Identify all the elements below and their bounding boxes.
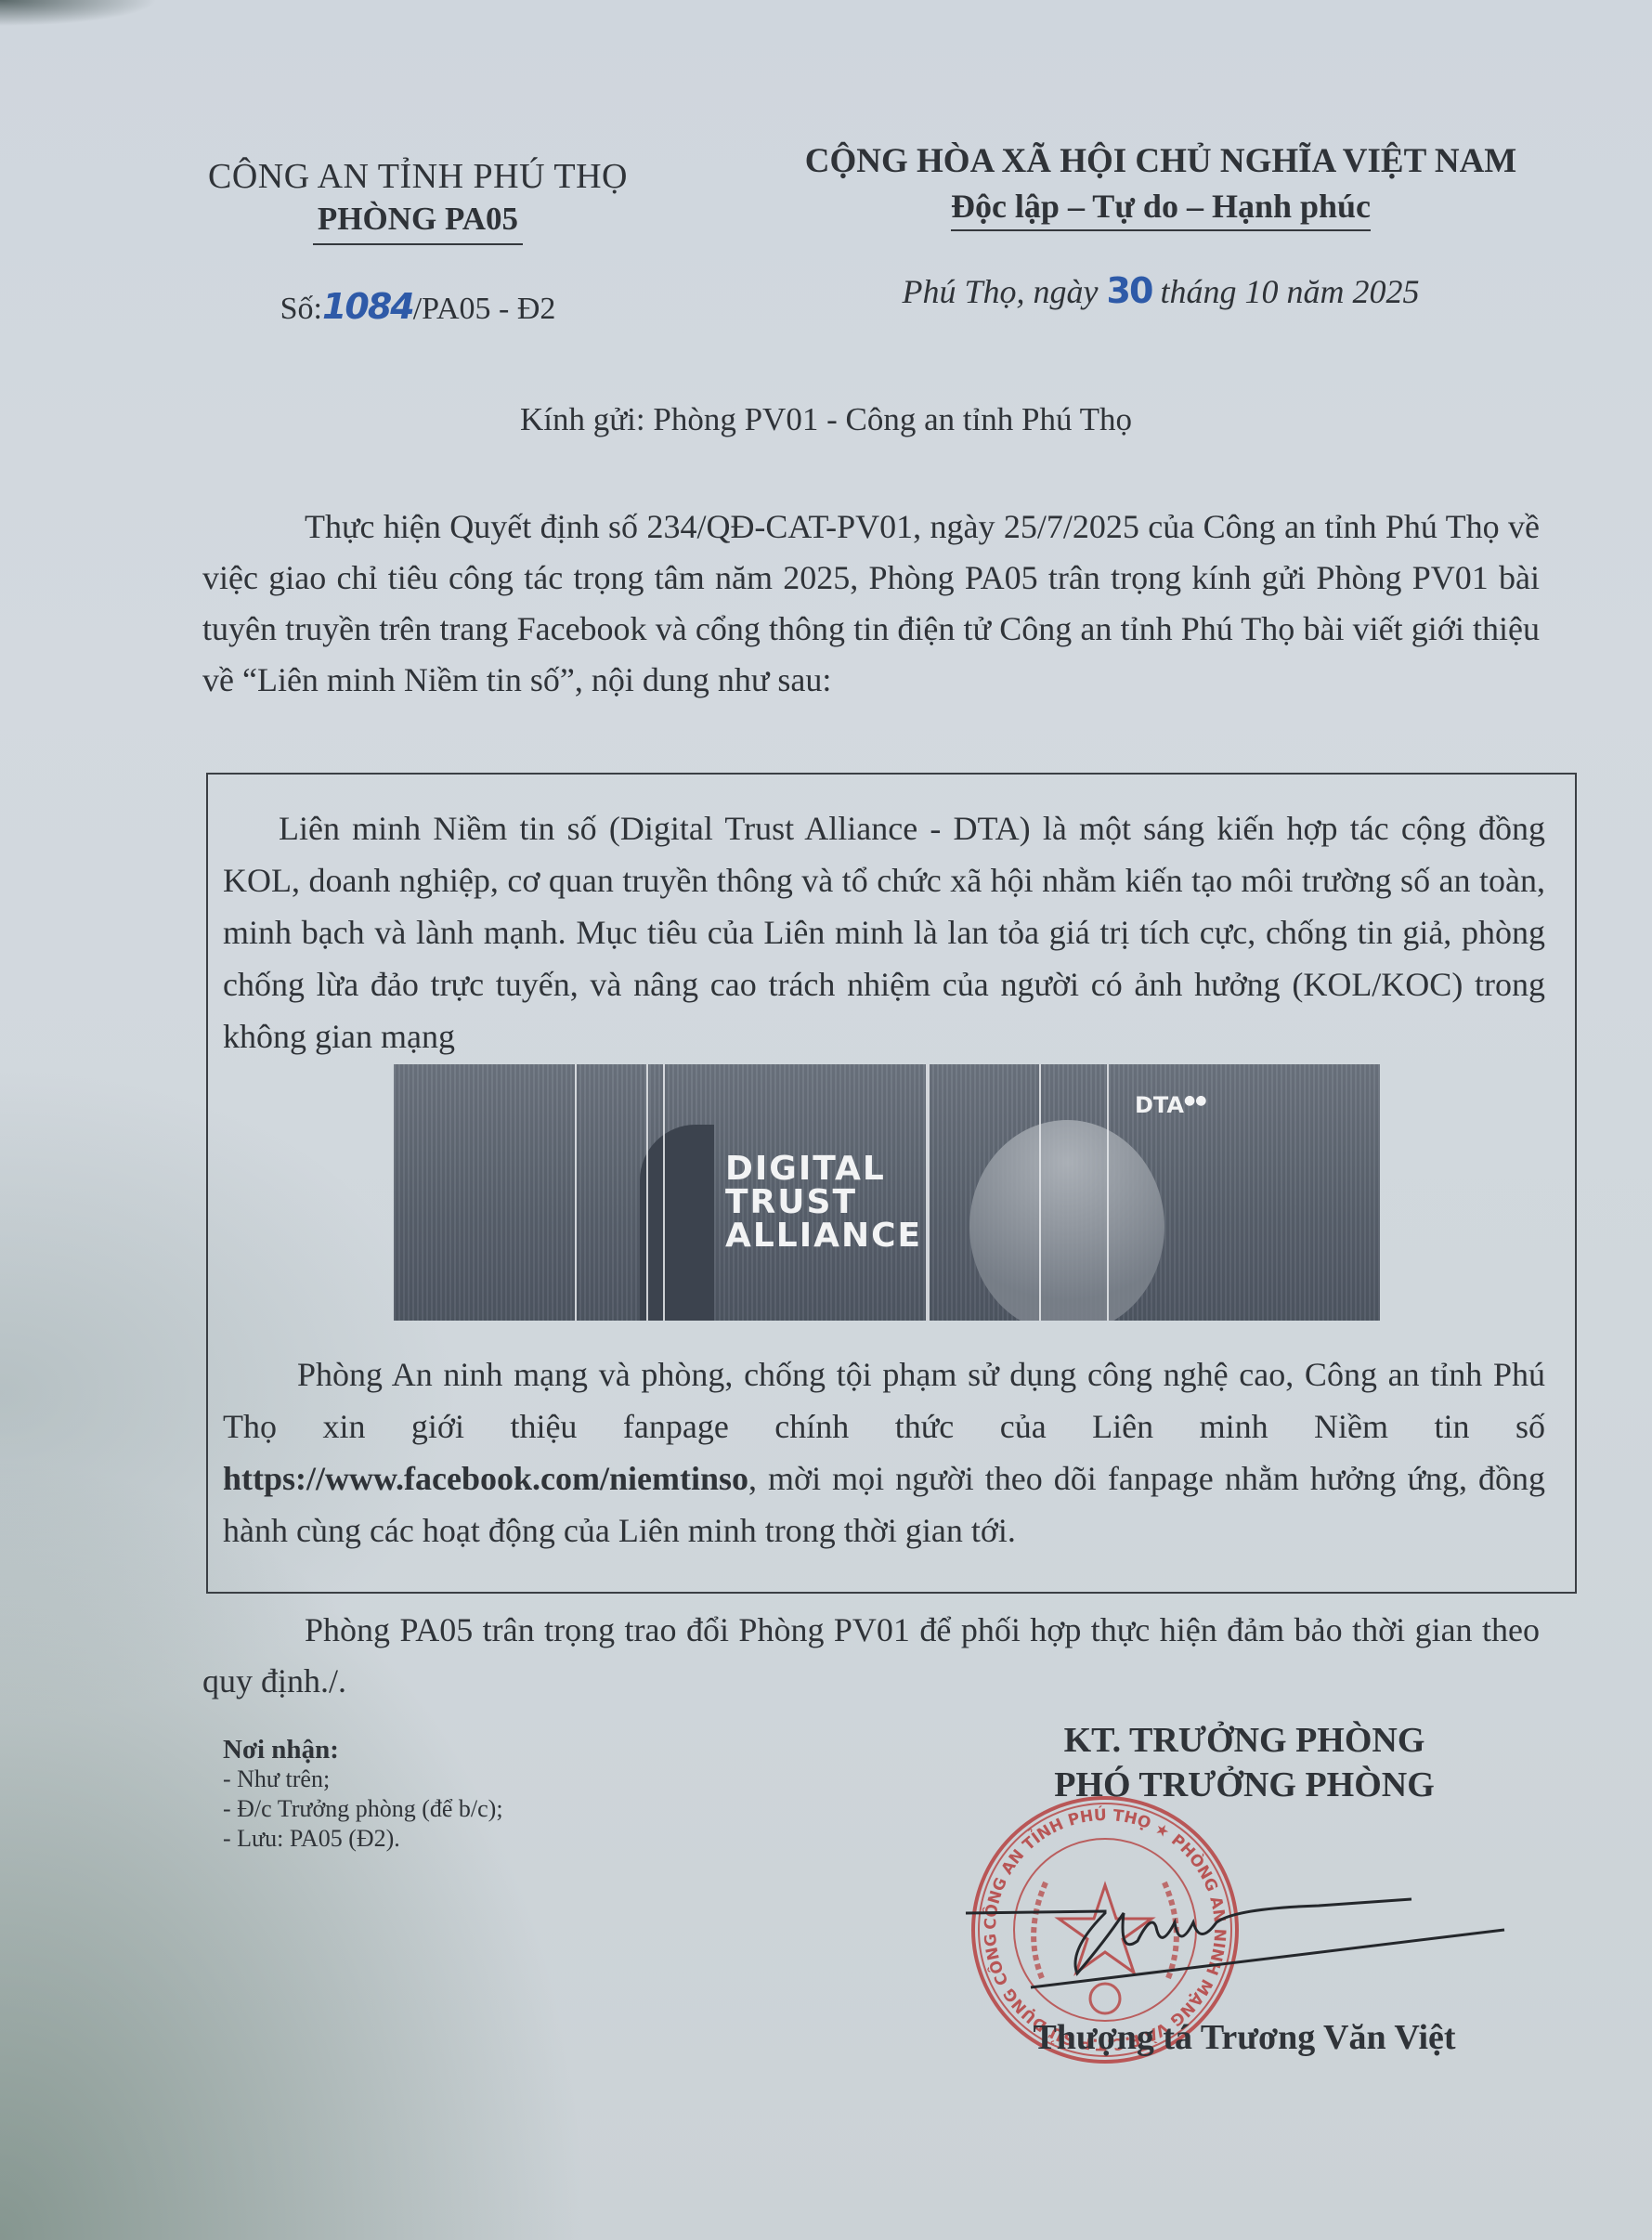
issuing-authority-header: CÔNG AN TỈNH PHÚ THỌ PHÒNG PA05 Số:1084/… xyxy=(158,156,678,327)
banner-line-1: DIGITAL xyxy=(725,1153,922,1186)
fanpage-paragraph: Phòng An ninh mạng và phòng, chống tội p… xyxy=(223,1348,1545,1556)
handwritten-day: 30 xyxy=(1107,270,1152,311)
intro-paragraph: Thực hiện Quyết định số 234/QĐ-CAT-PV01,… xyxy=(202,501,1540,706)
banner-dark-shape xyxy=(640,1125,714,1321)
date-prefix: Phú Thọ, ngày xyxy=(903,273,1107,310)
department-name: PHÒNG PA05 xyxy=(158,201,678,238)
national-motto: Độc lập – Tự do – Hạnh phúc xyxy=(951,187,1371,231)
fanpage-url-link[interactable]: https://www.facebook.com/niemtinso xyxy=(223,1460,748,1497)
doc-number-prefix: Số: xyxy=(280,292,322,326)
dta-logo-text: DTA xyxy=(1135,1092,1184,1118)
organization-name: CÔNG AN TỈNH PHÚ THỌ xyxy=(158,156,678,197)
document-number: Số:1084/PA05 - Đ2 xyxy=(158,286,678,327)
signer-title-1: KT. TRƯỞNG PHÒNG xyxy=(947,1720,1541,1761)
fanpage-text-1: Phòng An ninh mạng và phòng, chống tội p… xyxy=(223,1356,1545,1445)
salutation: Kính gửi: Phòng PV01 - Công an tỉnh Phú … xyxy=(0,401,1652,438)
date-suffix: tháng 10 năm 2025 xyxy=(1151,273,1419,310)
recipient-item: - Lưu: PA05 (Đ2). xyxy=(223,1824,503,1854)
closing-text: Phòng PA05 trân trọng trao đổi Phòng PV0… xyxy=(202,1611,1540,1700)
photo-shadow xyxy=(0,0,241,56)
banner-line-2: TRUST xyxy=(725,1186,922,1219)
recipient-item: - Đ/c Trưởng phòng (để b/c); xyxy=(223,1794,503,1824)
dta-banner-image: DIGITAL TRUST ALLIANCE DTA●● xyxy=(394,1064,1380,1321)
banner-title: DIGITAL TRUST ALLIANCE xyxy=(725,1153,922,1253)
signature-block: KT. TRƯỞNG PHÒNG PHÓ TRƯỞNG PHÒNG Thượng… xyxy=(947,1720,1541,1805)
doc-number-suffix: /PA05 - Đ2 xyxy=(413,292,556,326)
banner-circle-shape xyxy=(969,1120,1164,1321)
dta-description: Liên minh Niềm tin số (Digital Trust All… xyxy=(223,802,1545,1062)
recipients-list: Nơi nhận: - Như trên; - Đ/c Trưởng phòng… xyxy=(223,1735,503,1854)
logo-dots-icon: ●● xyxy=(1184,1093,1206,1108)
national-header: CỘNG HÒA XÃ HỘI CHỦ NGHĨA VIỆT NAM Độc l… xyxy=(761,141,1560,311)
recipients-title: Nơi nhận: xyxy=(223,1735,503,1765)
quoted-content-box: Liên minh Niềm tin số (Digital Trust All… xyxy=(206,773,1577,1594)
nation-title: CỘNG HÒA XÃ HỘI CHỦ NGHĨA VIỆT NAM xyxy=(761,141,1560,181)
signer-name: Thượng tá Trương Văn Việt xyxy=(984,2017,1504,2058)
dta-description-text: Liên minh Niềm tin số (Digital Trust All… xyxy=(223,810,1545,1055)
handwritten-number: 1084 xyxy=(322,286,413,327)
handwritten-signature-icon xyxy=(956,1885,1514,1997)
closing-paragraph: Phòng PA05 trân trọng trao đổi Phòng PV0… xyxy=(202,1605,1540,1707)
document-date: Phú Thọ, ngày 30 tháng 10 năm 2025 xyxy=(761,270,1560,311)
recipient-item: - Như trên; xyxy=(223,1765,503,1794)
intro-text: Thực hiện Quyết định số 234/QĐ-CAT-PV01,… xyxy=(202,508,1540,698)
banner-line-3: ALLIANCE xyxy=(725,1219,922,1253)
department-underline xyxy=(313,243,523,245)
dta-logo: DTA●● xyxy=(1135,1092,1206,1118)
signer-title-2: PHÓ TRƯỞNG PHÒNG xyxy=(947,1765,1541,1805)
